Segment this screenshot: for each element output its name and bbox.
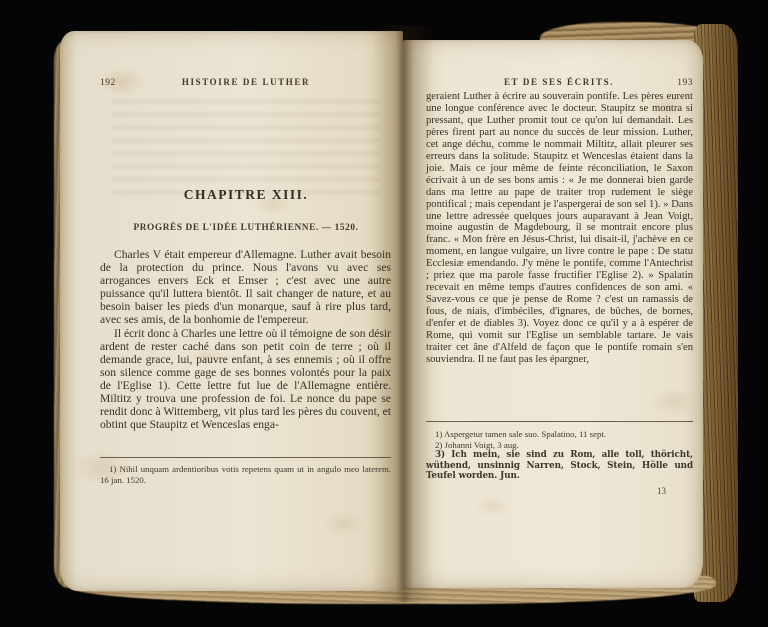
- left-running-title: HISTOIRE DE LUTHER: [144, 77, 348, 87]
- right-running-title: ET DE SES ÉCRITS.: [469, 77, 649, 87]
- left-running-head: 192 HISTOIRE DE LUTHER: [100, 77, 392, 88]
- footnote-rule: [100, 457, 391, 458]
- footnote-1: 1) Aspergetur tamen sale suo. Spalatino,…: [426, 429, 693, 440]
- body-text: geraient Luther à écrire au souverain po…: [426, 91, 693, 366]
- left-page-body: Charles V était empereur d'Allemagne. Lu…: [100, 248, 391, 431]
- right-page: ET DE SES ÉCRITS. 193 geraient Luther à …: [403, 40, 703, 588]
- chapter-subtitle: PROGRÈS DE L'IDÉE LUTHÉRIENNE. — 1520.: [100, 223, 392, 233]
- right-footnotes: 1) Aspergetur tamen sale suo. Spalatino,…: [426, 429, 693, 482]
- footnote-rule: [426, 421, 693, 422]
- left-footnotes: 1) Nihil unquam ardentioribus votis repe…: [100, 464, 391, 485]
- right-page-body: geraient Luther à écrire au souverain po…: [426, 91, 693, 366]
- paragraph-2: Il écrit donc à Charles une lettre où il…: [100, 327, 391, 432]
- footnote-3: 3) Ich mein, sie sind zu Rom, alle toll,…: [426, 450, 693, 482]
- chapter-heading: CHAPITRE XIII.: [100, 187, 392, 203]
- signature-mark: 13: [426, 486, 666, 496]
- footnote-1: 1) Nihil unquam ardentioribus votis repe…: [100, 464, 391, 485]
- right-running-head: ET DE SES ÉCRITS. 193: [425, 77, 693, 88]
- showthrough-text-block: [112, 99, 380, 195]
- left-page: 192 HISTOIRE DE LUTHER CHAPITRE XIII. PR…: [60, 31, 403, 591]
- paragraph-1: Charles V était empereur d'Allemagne. Lu…: [100, 248, 391, 327]
- left-page-number: 192: [100, 78, 144, 88]
- footnote-2: 2) Johanni Voigt, 3 aug.: [426, 440, 693, 451]
- photo-background: 192 HISTOIRE DE LUTHER CHAPITRE XIII. PR…: [0, 0, 768, 627]
- right-page-number: 193: [649, 78, 693, 88]
